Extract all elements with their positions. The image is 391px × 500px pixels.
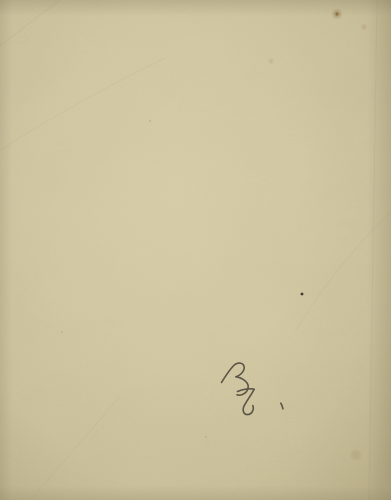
stain-faint bbox=[351, 450, 361, 460]
paper-edge-top bbox=[0, 0, 391, 16]
foxing-spot-faint bbox=[362, 25, 367, 30]
scanned-page bbox=[0, 0, 391, 500]
paper-edge-bottom bbox=[0, 486, 391, 500]
tiny-speck bbox=[205, 436, 207, 438]
paper-scan-canvas bbox=[0, 0, 391, 500]
tiny-speck bbox=[149, 120, 151, 122]
dark-speck bbox=[301, 293, 304, 296]
foxing-spot-core bbox=[335, 12, 338, 15]
paper-edge-left bbox=[0, 0, 12, 500]
paper-vignette bbox=[0, 0, 391, 500]
foxing-spot-faint bbox=[269, 59, 273, 63]
tiny-speck bbox=[61, 331, 63, 333]
